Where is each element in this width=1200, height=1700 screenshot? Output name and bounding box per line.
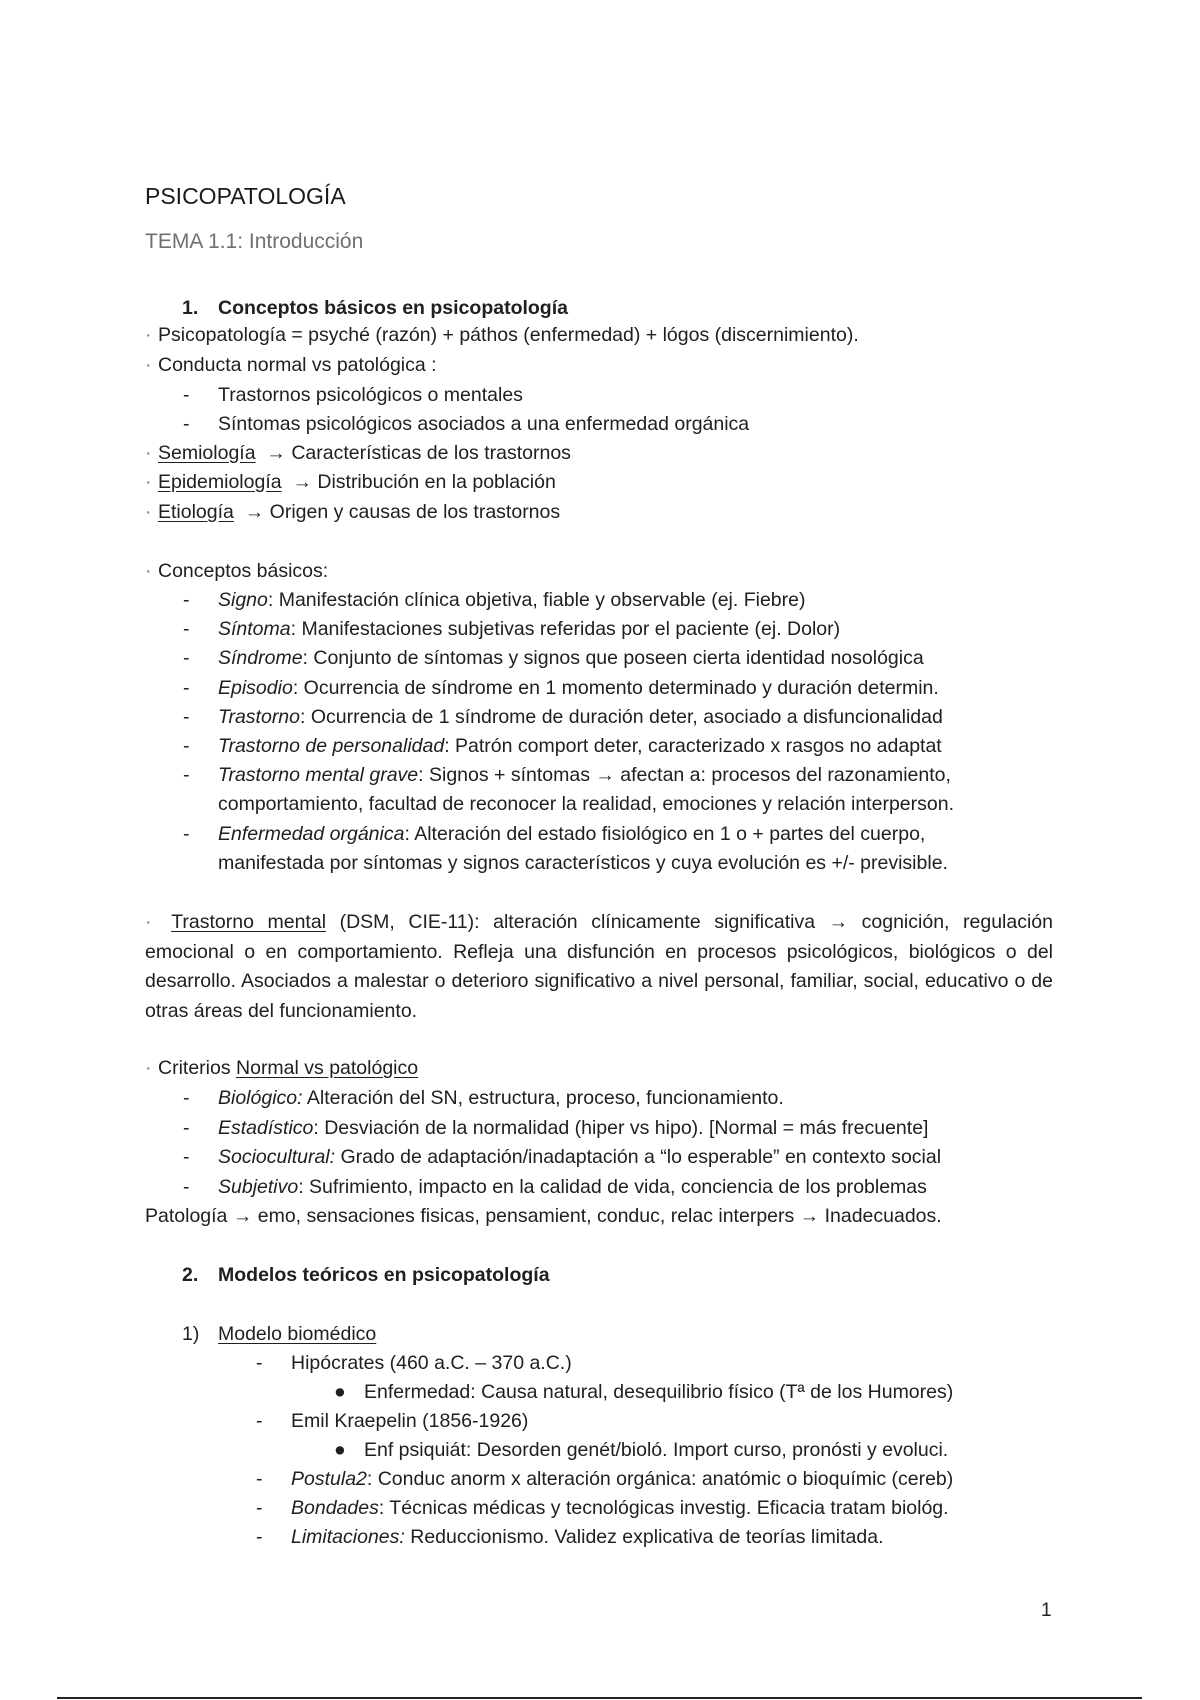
bullet-dot: ·: [145, 1056, 158, 1080]
criterio-item: Subjetivo: Sufrimiento, impacto en la ca…: [218, 1175, 927, 1199]
hipocrates-bullet: Enfermedad: Causa natural, desequilibrio…: [364, 1380, 953, 1404]
term-desc: → Distribución en la población: [292, 471, 555, 493]
dash-bullet: -: [183, 705, 190, 729]
criterios-label-text: Criterios: [158, 1057, 236, 1079]
term-desc: : Técnicas médicas y tecnológicas invest…: [379, 1497, 949, 1519]
concepto-item: Signo: Manifestación clínica objetiva, f…: [218, 588, 805, 612]
term-desc: : Manifestación clínica objetiva, fiable…: [268, 589, 806, 611]
term-desc: Grado de adaptación/inadaptación a “lo e…: [335, 1146, 941, 1168]
term-desc: → Origen y causas de los trastornos: [245, 501, 560, 523]
term-desc: → Características de los trastornos: [266, 442, 571, 464]
term-label: Postula2: [291, 1468, 367, 1490]
criterios-label: ·Criterios Normal vs patológico: [145, 1056, 418, 1080]
document-subtitle: TEMA 1.1: Introducción: [145, 230, 363, 254]
dash-bullet: -: [256, 1496, 263, 1520]
conducta-text: Conducta normal vs patológica :: [158, 354, 437, 376]
term-label: Síndrome: [218, 647, 303, 669]
page-bottom-rule: [57, 1697, 1142, 1699]
dash-bullet: -: [183, 1086, 190, 1110]
section-2-number: 2.: [182, 1263, 198, 1287]
term-label: Etiología: [158, 501, 234, 523]
concepto-item: Episodio: Ocurrencia de síndrome en 1 mo…: [218, 676, 939, 700]
document-page: PSICOPATOLOGÍA TEMA 1.1: Introducción 1.…: [0, 0, 1200, 1700]
dash-bullet: -: [183, 646, 190, 670]
term-label: Sociocultural:: [218, 1146, 335, 1168]
dash-bullet: -: [183, 1175, 190, 1199]
conducta-line: ·Conducta normal vs patológica :: [145, 353, 437, 377]
dash-bullet: -: [183, 734, 190, 758]
term-desc: : Signos + síntomas → afectan a: proceso…: [418, 764, 951, 786]
model-item: Limitaciones: Reduccionismo. Validez exp…: [291, 1525, 884, 1549]
bullet-dot: ·: [145, 353, 158, 377]
dash-bullet: -: [183, 383, 190, 407]
concepto-item: Enfermedad orgánica: Alteración del esta…: [218, 822, 925, 846]
section-1-number: 1.: [182, 296, 198, 320]
term-epidemiologia: ·Epidemiología → Distribución en la pobl…: [145, 470, 556, 494]
term-label: Síntoma: [218, 618, 291, 640]
term-desc: : Manifestaciones subjetivas referidas p…: [291, 618, 841, 640]
trastorno-mental-paragraph: · Trastorno mental (DSM, CIE-11): altera…: [145, 908, 1053, 1026]
term-desc: : Desviación de la normalidad (hiper vs …: [313, 1117, 928, 1139]
conducta-item: Trastornos psicológicos o mentales: [218, 383, 523, 407]
definition-text: Psicopatología = psyché (razón) + páthos…: [158, 324, 859, 346]
term-desc: Alteración del SN, estructura, proceso, …: [303, 1087, 784, 1109]
dash-bullet: -: [183, 617, 190, 641]
round-bullet: ●: [334, 1438, 346, 1462]
dash-bullet: -: [256, 1409, 263, 1433]
term-label: Epidemiología: [158, 471, 282, 493]
term-semiologia: ·Semiología → Características de los tra…: [145, 441, 571, 465]
dash-bullet: -: [256, 1467, 263, 1491]
conducta-item: Síntomas psicológicos asociados a una en…: [218, 412, 749, 436]
trastorno-mental-term: Trastorno mental: [171, 911, 326, 933]
criterio-item: Biológico: Alteración del SN, estructura…: [218, 1086, 784, 1110]
term-label: Estadístico: [218, 1117, 313, 1139]
psicopatologia-definition: ·Psicopatología = psyché (razón) + pátho…: [145, 323, 859, 347]
dash-bullet: -: [183, 412, 190, 436]
bullet-dot: ·: [145, 323, 158, 347]
term-desc: : Conjunto de síntomas y signos que pose…: [303, 647, 924, 669]
concepto-item: Trastorno: Ocurrencia de 1 síndrome de d…: [218, 705, 943, 729]
criterio-item: Estadístico: Desviación de la normalidad…: [218, 1116, 928, 1140]
criterios-term: Normal vs patológico: [236, 1057, 418, 1079]
conceptos-label: ·Conceptos básicos:: [145, 559, 328, 583]
bullet-dot: ·: [145, 559, 158, 583]
term-label: Signo: [218, 589, 268, 611]
conceptos-label-text: Conceptos básicos:: [158, 560, 328, 582]
model-item: Postula2: Conduc anorm x alteración orgá…: [291, 1467, 953, 1491]
patologia-line: Patología → emo, sensaciones fisicas, pe…: [145, 1204, 942, 1228]
section-1-heading: Conceptos básicos en psicopatología: [218, 296, 568, 320]
term-desc: : Ocurrencia de 1 síndrome de duración d…: [300, 706, 943, 728]
kraepelin-line: Emil Kraepelin (1856-1926): [291, 1409, 528, 1433]
section-2-heading: Modelos teóricos en psicopatología: [218, 1263, 550, 1287]
term-label: Subjetivo: [218, 1176, 298, 1198]
model-item: Bondades: Técnicas médicas y tecnológica…: [291, 1496, 949, 1520]
term-label: Semiología: [158, 442, 256, 464]
round-bullet: ●: [334, 1380, 346, 1404]
term-etiologia: ·Etiología → Origen y causas de los tras…: [145, 500, 560, 524]
dash-bullet: -: [256, 1525, 263, 1549]
dash-bullet: -: [183, 1145, 190, 1169]
term-label: Trastorno: [218, 706, 300, 728]
term-desc: : Patrón comport deter, caracterizado x …: [444, 735, 942, 757]
term-desc: : Alteración del estado fisiológico en 1…: [404, 823, 925, 845]
dash-bullet: -: [183, 1116, 190, 1140]
bullet-dot: ·: [145, 500, 158, 524]
bullet-dot: ·: [145, 441, 158, 465]
concepto-item: Trastorno de personalidad: Patrón compor…: [218, 734, 942, 758]
dash-bullet: -: [183, 822, 190, 846]
term-label: Trastorno de personalidad: [218, 735, 444, 757]
model-title: Modelo biomédico: [218, 1322, 376, 1346]
term-label: Enfermedad orgánica: [218, 823, 404, 845]
dash-bullet: -: [183, 763, 190, 787]
concepto-item: Síntoma: Manifestaciones subjetivas refe…: [218, 617, 840, 641]
concepto-item: Síndrome: Conjunto de síntomas y signos …: [218, 646, 924, 670]
term-label: Limitaciones:: [291, 1526, 405, 1548]
criterio-item: Sociocultural: Grado de adaptación/inada…: [218, 1145, 941, 1169]
document-title: PSICOPATOLOGÍA: [145, 184, 346, 208]
concepto-continuation: comportamiento, facultad de reconocer la…: [218, 792, 954, 816]
model-number: 1): [182, 1322, 199, 1346]
bullet-dot: ·: [145, 908, 158, 938]
term-label: Episodio: [218, 677, 293, 699]
dash-bullet: -: [183, 588, 190, 612]
concepto-continuation: manifestada por síntomas y signos caract…: [218, 851, 948, 875]
term-desc: : Conduc anorm x alteración orgánica: an…: [367, 1468, 953, 1490]
hipocrates-line: Hipócrates (460 a.C. – 370 a.C.): [291, 1351, 572, 1375]
term-desc: Reduccionismo. Validez explicativa de te…: [405, 1526, 884, 1548]
concepto-item: Trastorno mental grave: Signos + síntoma…: [218, 763, 951, 787]
bullet-dot: ·: [145, 470, 158, 494]
kraepelin-bullet: Enf psiquiát: Desorden genét/bioló. Impo…: [364, 1438, 948, 1462]
page-number: 1: [1041, 1600, 1052, 1622]
term-desc: : Ocurrencia de síndrome en 1 momento de…: [293, 677, 939, 699]
term-label: Biológico:: [218, 1087, 303, 1109]
dash-bullet: -: [183, 676, 190, 700]
term-label: Bondades: [291, 1497, 379, 1519]
term-label: Trastorno mental grave: [218, 764, 418, 786]
dash-bullet: -: [256, 1351, 263, 1375]
term-desc: : Sufrimiento, impacto en la calidad de …: [298, 1176, 927, 1198]
